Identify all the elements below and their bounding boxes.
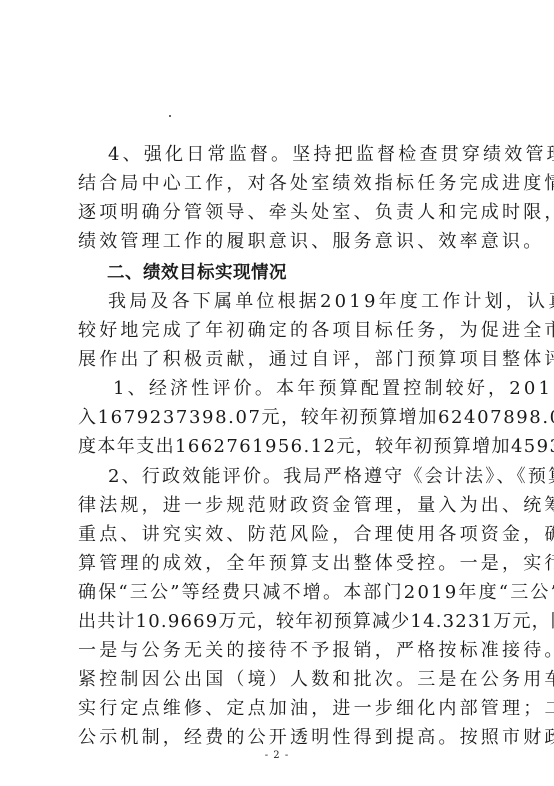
intro-paragraph-line-3: 展作出了积极贡献，通过自评，部门预算项目整体评价为“优”。	[78, 349, 554, 371]
paragraph-4-line-1: 4、强化日常监督。坚持把监督检查贯穿绩效管理工作始终，	[108, 144, 554, 166]
document-page: 4、强化日常监督。坚持把监督检查贯穿绩效管理工作始终， 结合局中心工作，对各处室…	[0, 0, 554, 786]
scan-artifact-dot	[169, 115, 171, 117]
intro-paragraph-line-1: 我局及各下属单位根据2019年度工作计划，认真履行职责，	[108, 291, 554, 313]
efficiency-paragraph-line-6: 出共计10.9669万元，较年初预算减少14.3231万元，降低56.6%。	[78, 611, 554, 633]
efficiency-paragraph-line-9: 实行定点维修、定点加油，进一步细化内部管理；二是，建立了	[78, 698, 554, 720]
intro-paragraph-line-2: 较好地完成了年初确定的各项目标任务，为促进全市经济社会发	[78, 320, 554, 342]
efficiency-paragraph-line-8: 紧控制因公出国（境）人数和批次。三是在公务用车运行费用在	[78, 669, 554, 691]
efficiency-paragraph-line-1: 2、行政效能评价。我局严格遵守《会计法》、《预算法》等法	[108, 466, 554, 488]
economy-paragraph-line-2: 入1679237398.07元，较年初预算增加62407898.07元；2019…	[78, 407, 554, 429]
economy-paragraph-line-3: 度本年支出1662761956.12元，较年初预算增加45932456.12元。	[78, 436, 554, 458]
efficiency-paragraph-line-7: 一是与公务无关的接待不予报销，严格按标准接待。二是从严从	[78, 640, 554, 662]
paragraph-4-line-3: 逐项明确分管领导、牵头处室、负责人和完成时限，进一步提高	[78, 202, 554, 224]
paragraph-4-line-2: 结合局中心工作，对各处室绩效指标任务完成进度情况跟踪督查，	[78, 173, 554, 195]
page-number: - 2 -	[0, 750, 554, 761]
section-heading: 二、绩效目标实现情况	[107, 262, 554, 284]
efficiency-paragraph-line-2: 律法规，进一步规范财政资金管理，量入为出、统筹兼顾、突出	[78, 495, 554, 517]
efficiency-paragraph-line-5: 确保“三公”等经费只减不增。本部门2019年度“三公”经费支	[78, 582, 554, 604]
paragraph-4-line-4: 绩效管理工作的履职意识、服务意识、效率意识。	[78, 231, 554, 253]
efficiency-paragraph-line-4: 算管理的成效，全年预算支出整体受控。一是，实行重点管控，	[78, 553, 554, 575]
efficiency-paragraph-line-10: 公示机制，经费的公开透明性得到提高。按照市财政局要求对部	[78, 727, 554, 749]
economy-paragraph-line-1: 1、经济性评价。本年预算配置控制较好，2019年度本年收	[113, 378, 554, 400]
efficiency-paragraph-line-3: 重点、讲究实效、防范风险，合理使用各项资金，确保了我局预	[78, 524, 554, 546]
